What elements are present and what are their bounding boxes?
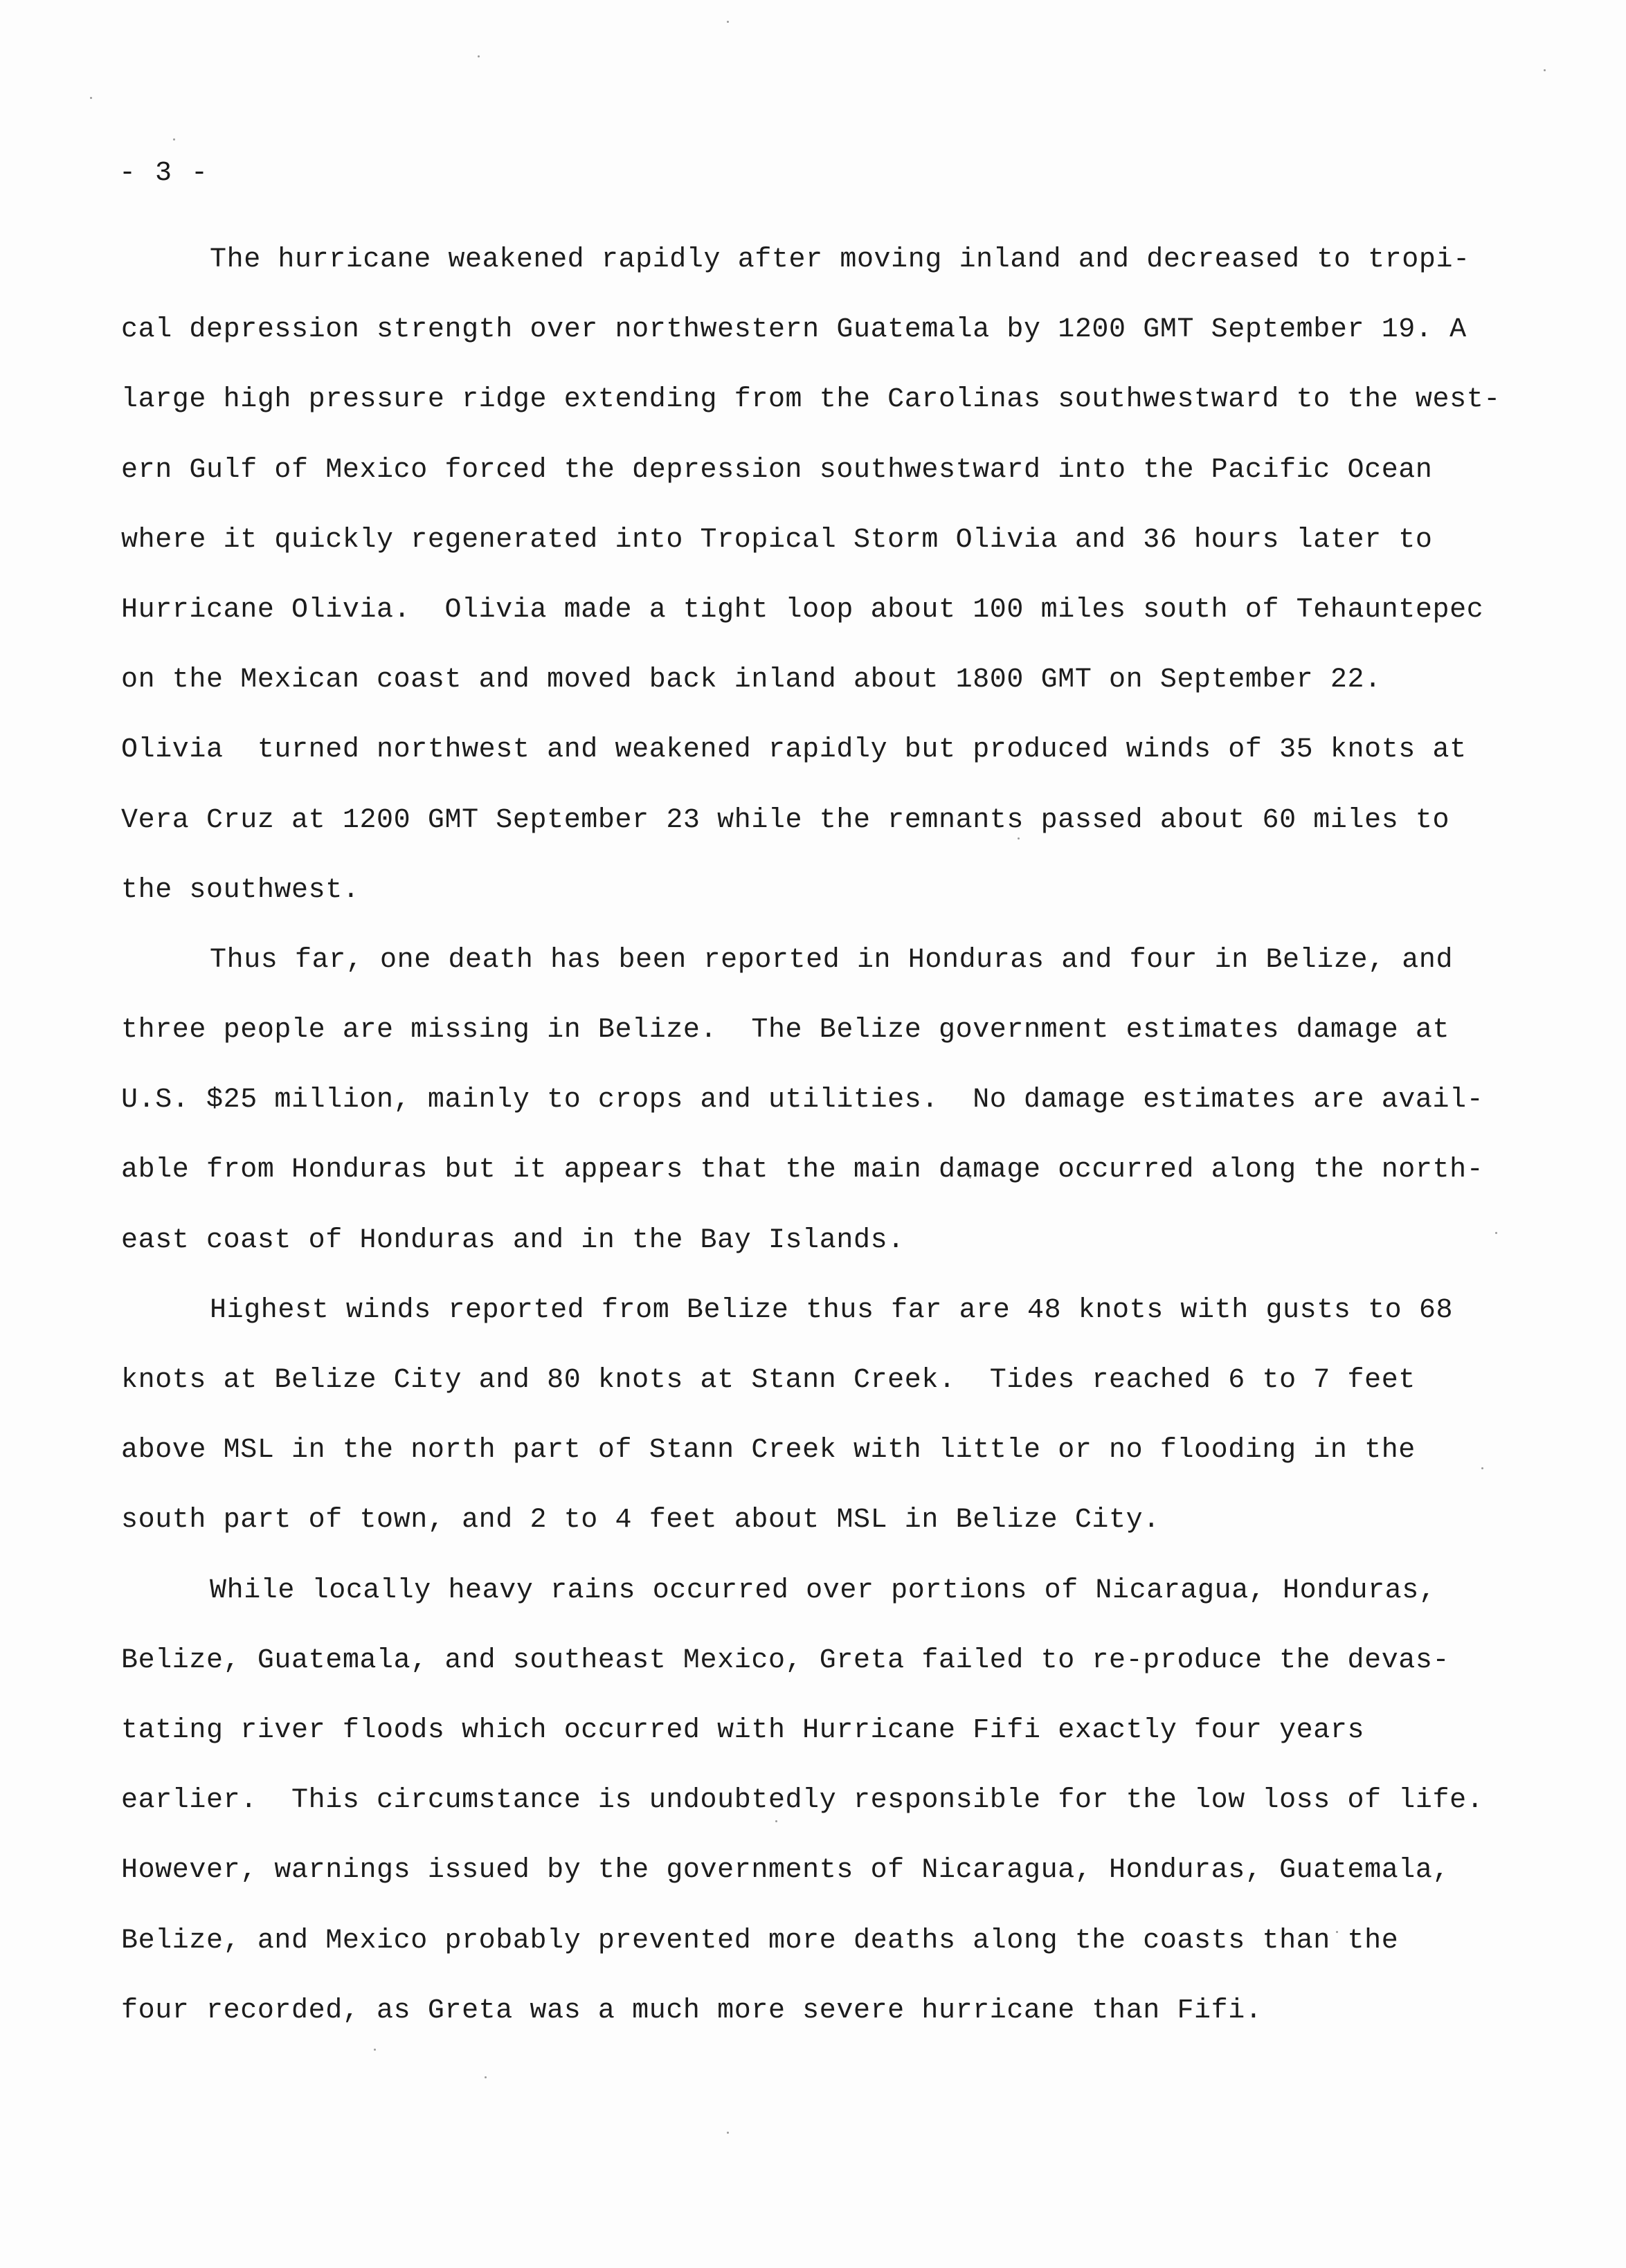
text-line: Belize, and Mexico probably prevented mo… [121,1906,1554,1976]
paragraph: The hurricane weakened rapidly after mov… [121,225,1554,925]
text-line: knots at Belize City and 80 knots at Sta… [121,1345,1554,1415]
text-line: three people are missing in Belize. The … [121,995,1554,1065]
text-line: east coast of Honduras and in the Bay Is… [121,1206,1554,1276]
text-line: above MSL in the north part of Stann Cre… [121,1415,1554,1485]
text-line: U.S. $25 million, mainly to crops and ut… [121,1065,1554,1135]
paragraph: Thus far, one death has been reported in… [121,925,1554,1276]
text-line: Hurricane Olivia. Olivia made a tight lo… [121,575,1554,645]
text-line: Highest winds reported from Belize thus … [121,1276,1554,1345]
page-number: - 3 - [119,158,209,189]
scan-speck [727,2132,729,2134]
scan-speck [969,1177,971,1179]
text-line: ern Gulf of Mexico forced the depression… [121,435,1554,505]
text-line: tating river floods which occurred with … [121,1696,1554,1766]
scan-speck [90,97,92,99]
body-text: The hurricane weakened rapidly after mov… [121,225,1554,2046]
scan-speck [1336,1931,1338,1933]
scan-speck [775,1820,777,1822]
text-line: Thus far, one death has been reported in… [121,925,1554,995]
text-line: earlier. This circumstance is undoubtedl… [121,1766,1554,1835]
scan-speck [1544,69,1546,71]
text-line: While locally heavy rains occurred over … [121,1556,1554,1626]
text-line: on the Mexican coast and moved back inla… [121,645,1554,715]
scan-speck [1495,1232,1497,1234]
text-line: the southwest. [121,855,1554,925]
scan-speck [173,138,175,140]
text-line: The hurricane weakened rapidly after mov… [121,225,1554,295]
paragraph: While locally heavy rains occurred over … [121,1556,1554,2046]
scan-speck [1481,1467,1483,1469]
text-line: able from Honduras but it appears that t… [121,1135,1554,1205]
document-page: - 3 - The hurricane weakened rapidly aft… [0,0,1626,2268]
paragraph: Highest winds reported from Belize thus … [121,1276,1554,1556]
text-line: four recorded, as Greta was a much more … [121,1976,1554,2046]
text-line: However, warnings issued by the governme… [121,1835,1554,1905]
scan-speck [374,2049,376,2051]
text-line: Belize, Guatemala, and southeast Mexico,… [121,1626,1554,1696]
text-line: south part of town, and 2 to 4 feet abou… [121,1485,1554,1555]
text-line: where it quickly regenerated into Tropic… [121,505,1554,575]
text-line: Vera Cruz at 1200 GMT September 23 while… [121,786,1554,855]
text-line: cal depression strength over northwester… [121,295,1554,365]
scan-speck [478,55,480,57]
scan-speck [727,21,729,23]
scan-speck [485,2076,487,2078]
text-line: Olivia turned northwest and weakened rap… [121,715,1554,785]
text-line: large high pressure ridge extending from… [121,365,1554,435]
scan-speck [1018,837,1020,840]
